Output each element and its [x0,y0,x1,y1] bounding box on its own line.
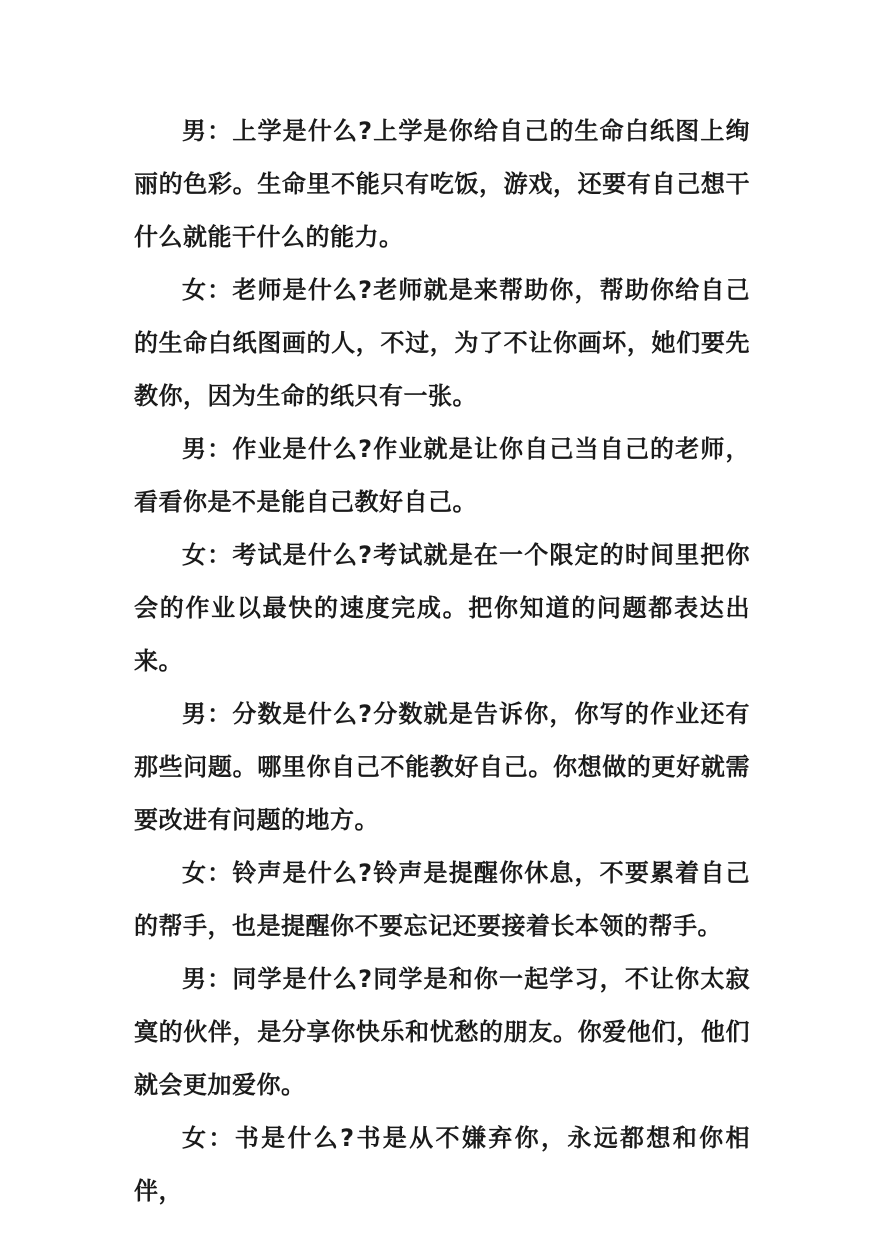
document-page: 男：上学是什么?上学是你给自己的生命白纸图上绚丽的色彩。生命里不能只有吃饭，游戏… [0,0,884,1250]
paragraph: 男：上学是什么?上学是你给自己的生命白纸图上绚丽的色彩。生命里不能只有吃饭，游戏… [134,105,750,264]
paragraph: 女：书是什么?书是从不嫌弃你，永远都想和你相伴， [134,1112,750,1218]
paragraph: 男：同学是什么?同学是和你一起学习，不让你太寂寞的伙伴，是分享你快乐和忧愁的朋友… [134,953,750,1112]
document-body: 男：上学是什么?上学是你给自己的生命白纸图上绚丽的色彩。生命里不能只有吃饭，游戏… [134,105,750,1218]
paragraph: 女：铃声是什么?铃声是提醒你休息，不要累着自己的帮手，也是提醒你不要忘记还要接着… [134,847,750,953]
paragraph: 男：分数是什么?分数就是告诉你，你写的作业还有那些问题。哪里你自己不能教好自己。… [134,688,750,847]
paragraph: 女：考试是什么?考试就是在一个限定的时间里把你会的作业以最快的速度完成。把你知道… [134,529,750,688]
paragraph: 男：作业是什么?作业就是让你自己当自己的老师，看看你是不是能自己教好自己。 [134,423,750,529]
paragraph: 女：老师是什么?老师就是来帮助你，帮助你给自己的生命白纸图画的人，不过，为了不让… [134,264,750,423]
